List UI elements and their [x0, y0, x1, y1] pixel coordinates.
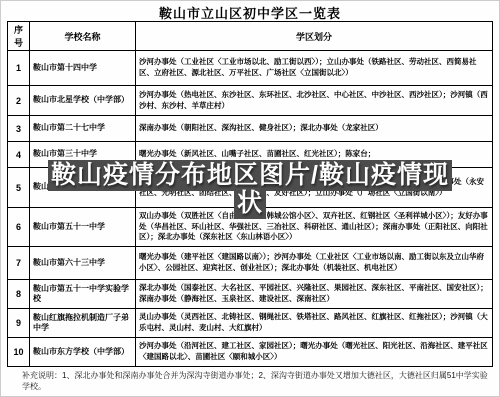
school-name: 鞍山市北星学校（中学部） — [30, 86, 136, 116]
table-row: 4 鞍山市第三十中学 曙光办事处（新风社区、山嘴子社区、苗圃社区、红光社区）；陈… — [8, 142, 493, 168]
school-name: 鞍山市第五十一中学实验学校 — [30, 280, 136, 309]
table-row: 3 鞍山市第二十七中学 深南办事处（朝阳社区、深沟社区、健身社区）；深北办事处（… — [8, 116, 493, 142]
school-name: 鞍山市第四十八中学 — [30, 168, 136, 208]
document-page: 鞍山市立山区初中学区一览表 序号 学校名称 学区划分 1 鞍山市第十四中学 沙河… — [0, 0, 500, 397]
footer-note: 补充说明：1、深北办事处和深南办事处合并为深沟寺街道办事处；2、深沟寺街道办事处… — [22, 371, 492, 392]
row-no: 2 — [8, 86, 30, 116]
row-no: 6 — [8, 208, 30, 247]
school-name: 鞍山市第二十七中学 — [30, 116, 136, 142]
district-division: 灵山办事处（灵西社区、北铸社区、钢绳社区、铁塔社区、路风社区、红旗社区、红拖社区… — [136, 309, 493, 338]
district-division: 曙光办事处（建平社区〈建国路以南〉）；沙河办事处（工业社区〈工业市场以南、励工街… — [136, 247, 493, 280]
page-title: 鞍山市立山区初中学区一览表 — [0, 3, 500, 22]
district-division: 深北办事处（国泰社区、大名社区、平园社区、兴隆社区、果园社区、深东社区、平南社区… — [136, 280, 493, 309]
row-no: 5 — [8, 168, 30, 208]
school-name: 鞍山市第三十中学 — [30, 142, 136, 168]
district-division: 双山办事处（双胜社区〈自由街以南及韩城公馆小区〉、双卉社区、红钢社区〈圣利祥城小… — [136, 208, 493, 247]
school-district-table: 序号 学校名称 学区划分 1 鞍山市第十四中学 沙河办事处（工业社区〈工业市场以… — [7, 21, 493, 367]
table-header-row: 序号 学校名称 学区划分 — [8, 22, 493, 51]
school-name: 鞍山市东方学校（中学部） — [30, 338, 136, 367]
district-division: 沙河办事处（工业社区〈工业市场以北、励工街以西〉）；立山办事处（铁路社区、劳动社… — [136, 51, 493, 86]
row-no: 9 — [8, 309, 30, 338]
district-division: 深南办事处（朝阳社区、深沟社区、健身社区）；深北办事处（龙家社区） — [136, 116, 493, 142]
header-school-name: 学校名称 — [30, 22, 136, 51]
header-district-division: 学区划分 — [136, 22, 493, 51]
school-name: 鞍山市第十四中学 — [30, 51, 136, 86]
row-no: 8 — [8, 280, 30, 309]
district-division: 曙光办事处（新风社区、山嘴子社区、苗圃社区、红光社区）；陈家台； — [136, 142, 493, 168]
table-row: 1 鞍山市第十四中学 沙河办事处（工业社区〈工业市场以北、励工街以西〉）；立山办… — [8, 51, 493, 86]
table-row: 5 鞍山市第四十八中学 双山办事处（双胜社区〈自由街以北〉、双鑫社区、双益社区、… — [8, 168, 493, 208]
row-no: 3 — [8, 116, 30, 142]
table-row: 7 鞍山市第六十三中学 曙光办事处（建平社区〈建国路以南〉）；沙河办事处（工业社… — [8, 247, 493, 280]
row-no: 7 — [8, 247, 30, 280]
table-row: 2 鞍山市北星学校（中学部） 沙河办事处（热电社区、东沙社区、东环社区、北沙社区… — [8, 86, 493, 116]
school-name: 鞍山市第五十一中学 — [30, 208, 136, 247]
school-name: 鞍山市第六十三中学 — [30, 247, 136, 280]
table-row: 8 鞍山市第五十一中学实验学校 深北办事处（国泰社区、大名社区、平园社区、兴隆社… — [8, 280, 493, 309]
table-row: 6 鞍山市第五十一中学 双山办事处（双胜社区〈自由街以南及韩城公馆小区〉、双卉社… — [8, 208, 493, 247]
row-no: 1 — [8, 51, 30, 86]
table-row: 9 鞍山红旗拖拉机制造厂子弟中学 灵山办事处（灵西社区、北铸社区、钢绳社区、铁塔… — [8, 309, 493, 338]
header-no: 序号 — [8, 22, 30, 51]
row-no: 4 — [8, 142, 30, 168]
table-row: 10 鞍山市东方学校（中学部） 沙河办事处（沿河社区、建工社区、家园社区）；曙光… — [8, 338, 493, 367]
district-division: 沙河办事处（沿河社区、建工社区、家园社区）；曙光办事处（曙光社区、阳光社区、沿海… — [136, 338, 493, 367]
row-no: 10 — [8, 338, 30, 367]
district-division: 双山办事处（双胜社区〈自由街以北〉、双鑫社区、双益社区、双示社区、友谊社区）；友… — [136, 168, 493, 208]
school-name: 鞍山红旗拖拉机制造厂子弟中学 — [30, 309, 136, 338]
district-division: 沙河办事处（热电社区、东沙社区、东环社区、北沙社区、中心社区、中沙社区、西沙社区… — [136, 86, 493, 116]
